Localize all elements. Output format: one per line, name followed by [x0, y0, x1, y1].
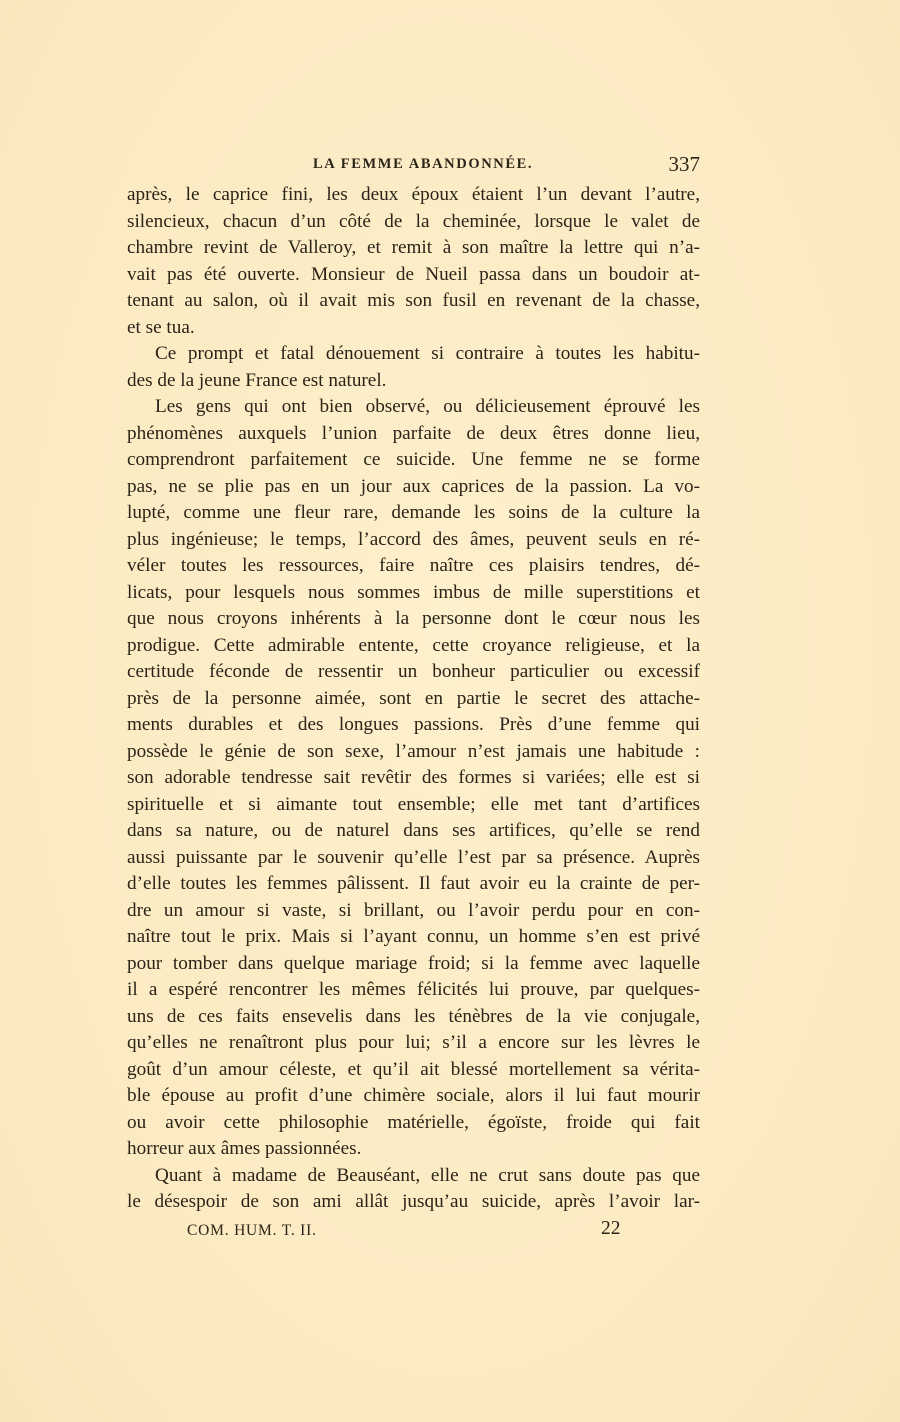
text-line: vait pas été ouverte. Monsieur de Nueil … — [127, 262, 700, 289]
page-number: 337 — [669, 152, 701, 177]
text-line: près de la personne aimée, sont en parti… — [127, 686, 700, 713]
text-line: le désespoir de son ami allât jusqu’au s… — [127, 1189, 700, 1216]
paragraph: Quant à madame de Beauséant, elle ne cru… — [127, 1163, 700, 1216]
text-line: lupté, comme une fleur rare, demande les… — [127, 500, 700, 527]
text-line: possède le génie de son sexe, l’amour n’… — [127, 739, 700, 766]
text-line: il a espéré rencontrer les mêmes félicit… — [127, 977, 700, 1004]
signature-mark: COM. HUM. T. II. — [187, 1222, 317, 1240]
text-line: d’elle toutes les femmes pâlissent. Il f… — [127, 871, 700, 898]
text-line: pas, ne se plie pas en un jour aux capri… — [127, 474, 700, 501]
text-line: chambre revint de Valleroy, et remit à s… — [127, 235, 700, 262]
text-line: plus ingénieuse; le temps, l’accord des … — [127, 527, 700, 554]
text-line: uns de ces faits ensevelis dans les ténè… — [127, 1004, 700, 1031]
text-line: son adorable tendresse sait revêtir des … — [127, 765, 700, 792]
text-line: goût d’un amour céleste, et qu’il ait bl… — [127, 1057, 700, 1084]
paragraph: Ce prompt et fatal dénouement si contrai… — [127, 341, 700, 394]
text-line: ou avoir cette philosophie matérielle, é… — [127, 1110, 700, 1137]
text-line: licats, pour lesquels nous sommes imbus … — [127, 580, 700, 607]
paragraph: après, le caprice fini, les deux époux é… — [127, 182, 700, 341]
book-page: LA FEMME ABANDONNÉE. 337 après, le capri… — [0, 0, 900, 1422]
text-line: et se tua. — [127, 315, 700, 342]
text-line: naître tout le prix. Mais si l’ayant con… — [127, 924, 700, 951]
text-line: tenant au salon, où il avait mis son fus… — [127, 288, 700, 315]
page-footer: COM. HUM. T. II. 22 — [127, 1218, 700, 1246]
text-line: ments durables et des longues passions. … — [127, 712, 700, 739]
signature-number: 22 — [601, 1218, 621, 1240]
text-line: Ce prompt et fatal dénouement si contrai… — [127, 341, 700, 368]
text-line: aussi puissante par le souvenir qu’elle … — [127, 845, 700, 872]
text-line: que nous croyons inhérents à la personne… — [127, 606, 700, 633]
text-line: certitude féconde de ressentir un bonheu… — [127, 659, 700, 686]
text-line: ble épouse au profit d’une chimère socia… — [127, 1083, 700, 1110]
text-line: horreur aux âmes passionnées. — [127, 1136, 700, 1163]
text-line: véler toutes les ressources, faire naîtr… — [127, 553, 700, 580]
text-line: Les gens qui ont bien observé, ou délici… — [127, 394, 700, 421]
text-line: pour tomber dans quelque mariage froid; … — [127, 951, 700, 978]
text-line: spirituelle et si aimante tout ensemble;… — [127, 792, 700, 819]
text-line: silencieux, chacun d’un côté de la chemi… — [127, 209, 700, 236]
text-line: dre un amour si vaste, si brillant, ou l… — [127, 898, 700, 925]
text-line: après, le caprice fini, les deux époux é… — [127, 182, 700, 209]
text-line: prodigue. Cette admirable entente, cette… — [127, 633, 700, 660]
text-line: phénomènes auxquels l’union parfaite de … — [127, 421, 700, 448]
text-line: des de la jeune France est naturel. — [127, 368, 700, 395]
text-line: Quant à madame de Beauséant, elle ne cru… — [127, 1163, 700, 1190]
text-line: qu’elles ne renaîtront plus pour lui; s’… — [127, 1030, 700, 1057]
text-line: dans sa nature, ou de naturel dans ses a… — [127, 818, 700, 845]
page-header: LA FEMME ABANDONNÉE. 337 — [127, 152, 700, 180]
body-text: après, le caprice fini, les deux époux é… — [127, 182, 700, 1216]
running-title: LA FEMME ABANDONNÉE. — [313, 156, 533, 173]
paragraph: Les gens qui ont bien observé, ou délici… — [127, 394, 700, 1163]
text-line: comprendront parfaitement ce suicide. Un… — [127, 447, 700, 474]
